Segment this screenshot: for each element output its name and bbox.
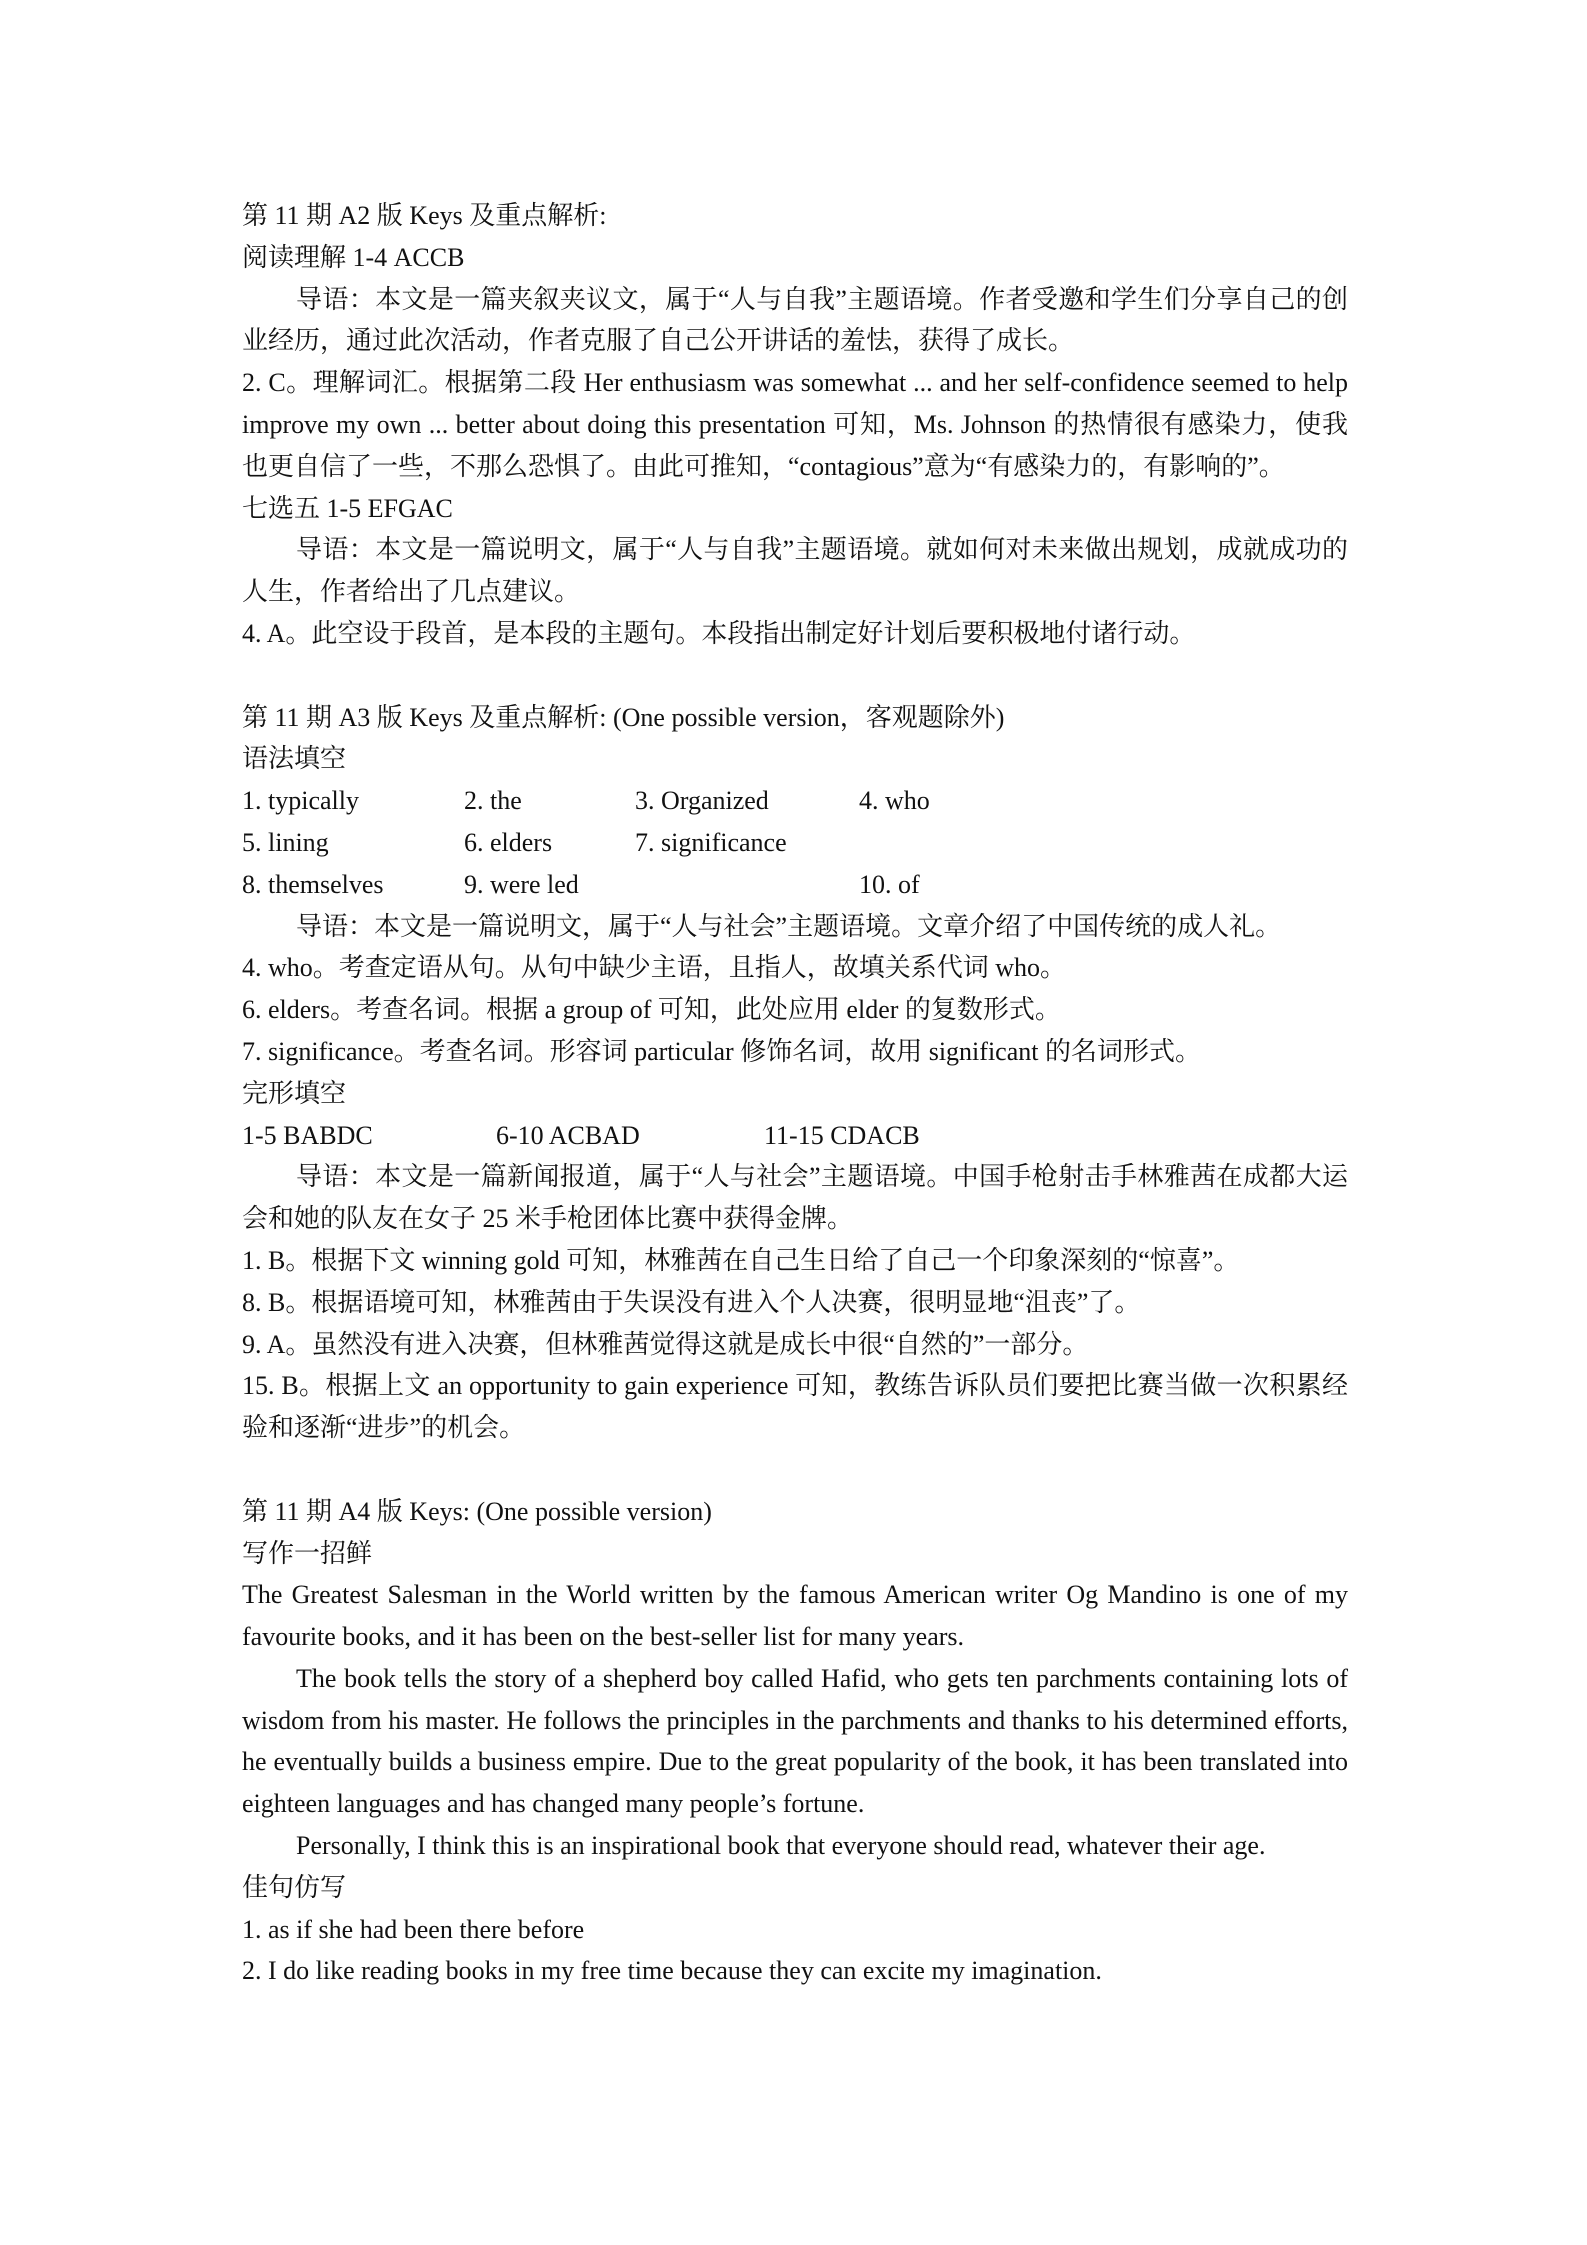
spacer <box>242 655 1348 697</box>
writing-title: 写作一招鲜 <box>242 1533 1348 1575</box>
cloze-answer: 6-10 ACBAD <box>496 1115 640 1157</box>
grammar-title: 语法填空 <box>242 738 1348 780</box>
imitation-title: 佳句仿写 <box>242 1867 1348 1909</box>
grammar-answer-row: 1. typically 2. the 3. Organized 4. who <box>242 780 1348 822</box>
grammar-answer: 8. themselves <box>242 864 384 906</box>
cloze-note-9: 9. A。虽然没有进入决赛，但林雅茜觉得这就是成长中很“自然的”一部分。 <box>242 1324 1348 1366</box>
seven-choose-five-title: 七选五 1-5 EFGAC <box>242 488 1348 530</box>
cloze-note-1: 1. B。根据下文 winning gold 可知，林雅茜在自己生日给了自己一个… <box>242 1240 1348 1282</box>
reading-note-2: 2. C。理解词汇。根据第二段 Her enthusiasm was somew… <box>242 362 1348 487</box>
grammar-answer: 6. elders <box>464 822 552 864</box>
grammar-answer: 2. the <box>464 780 522 822</box>
section-header-a3: 第 11 期 A3 版 Keys 及重点解析: (One possible ve… <box>242 697 1348 739</box>
grammar-answer: 4. who <box>859 780 930 822</box>
grammar-answer-row: 8. themselves 9. were led 10. of <box>242 864 1348 906</box>
imitation-item-1: 1. as if she had been there before <box>242 1909 1348 1951</box>
grammar-note-6: 6. elders。考查名词。根据 a group of 可知，此处应用 eld… <box>242 989 1348 1031</box>
grammar-answer: 3. Organized <box>635 780 769 822</box>
grammar-note-4: 4. who。考查定语从句。从句中缺少主语，且指人，故填关系代词 who。 <box>242 947 1348 989</box>
grammar-note-7: 7. significance。考查名词。形容词 particular 修饰名词… <box>242 1031 1348 1073</box>
grammar-answer-row: 5. lining 6. elders 7. significance <box>242 822 1348 864</box>
writing-paragraph-2: The book tells the story of a shepherd b… <box>242 1658 1348 1825</box>
cloze-intro: 导语：本文是一篇新闻报道，属于“人与社会”主题语境。中国手枪射击手林雅茜在成都大… <box>242 1156 1348 1240</box>
cloze-note-15: 15. B。根据上文 an opportunity to gain experi… <box>242 1365 1348 1449</box>
grammar-answer: 9. were led <box>464 864 579 906</box>
section-header-a4: 第 11 期 A4 版 Keys: (One possible version) <box>242 1491 1348 1533</box>
writing-paragraph-3: Personally, I think this is an inspirati… <box>242 1825 1348 1867</box>
spacer <box>242 1449 1348 1491</box>
section-header-a2: 第 11 期 A2 版 Keys 及重点解析: <box>242 195 1348 237</box>
cloze-title: 完形填空 <box>242 1073 1348 1115</box>
cloze-answer: 1-5 BABDC <box>242 1115 373 1157</box>
cloze-note-8: 8. B。根据语境可知，林雅茜由于失误没有进入个人决赛，很明显地“沮丧”了。 <box>242 1282 1348 1324</box>
grammar-answer: 10. of <box>859 864 920 906</box>
imitation-item-2: 2. I do like reading books in my free ti… <box>242 1950 1348 1992</box>
answer-key-page: 第 11 期 A2 版 Keys 及重点解析: 阅读理解 1-4 ACCB 导语… <box>242 195 1348 1992</box>
grammar-answer: 1. typically <box>242 780 359 822</box>
seven-choose-five-intro: 导语：本文是一篇说明文，属于“人与自我”主题语境。就如何对未来做出规划，成就成功… <box>242 529 1348 613</box>
grammar-answer: 5. lining <box>242 822 329 864</box>
writing-paragraph-1: The Greatest Salesman in the World writt… <box>242 1574 1348 1658</box>
cloze-answer: 11-15 CDACB <box>764 1115 920 1157</box>
cloze-answer-row: 1-5 BABDC 6-10 ACBAD 11-15 CDACB <box>242 1115 1348 1157</box>
seven-choose-five-note-4: 4. A。此空设于段首，是本段的主题句。本段指出制定好计划后要积极地付诸行动。 <box>242 613 1348 655</box>
grammar-answer: 7. significance <box>635 822 787 864</box>
grammar-intro: 导语：本文是一篇说明文，属于“人与社会”主题语境。文章介绍了中国传统的成人礼。 <box>242 906 1348 948</box>
reading-title: 阅读理解 1-4 ACCB <box>242 237 1348 279</box>
reading-intro: 导语：本文是一篇夹叙夹议文，属于“人与自我”主题语境。作者受邀和学生们分享自己的… <box>242 279 1348 363</box>
